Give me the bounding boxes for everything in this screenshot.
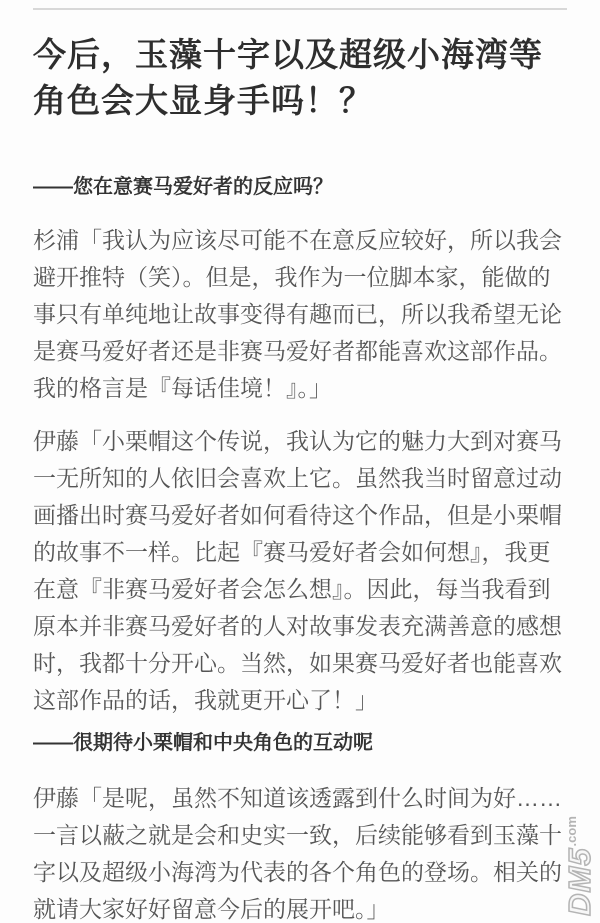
answer-paragraph-ito-1: 伊藤「小栗帽这个传说，我认为它的魅力大到对赛马一无所知的人依旧会喜欢上它。虽然我…	[33, 423, 567, 719]
dm5-logo-text: DM5	[562, 847, 598, 915]
answer-paragraph-sugiura: 杉浦「我认为应该尽可能不在意反应较好，所以我会避开推特（笑）。但是，我作为一位脚…	[33, 222, 567, 407]
dm5-watermark: DM5.com	[562, 806, 598, 923]
top-divider	[33, 8, 567, 10]
article-title: 今后，玉藻十字以及超级小海湾等角色会大显身手吗！？	[33, 32, 567, 124]
article-page: 今后，玉藻十字以及超级小海湾等角色会大显身手吗！？ ——您在意赛马爱好者的反应吗…	[0, 8, 600, 923]
answer-paragraph-ito-2: 伊藤「是呢，虽然不知道该透露到什么时间为好……一言以蔽之就是会和史实一致，后续能…	[33, 780, 567, 923]
interview-question-1: ——您在意赛马爱好者的反应吗？	[33, 172, 567, 202]
interview-question-2: ——很期待小栗帽和中央角色的互动呢	[33, 728, 567, 758]
